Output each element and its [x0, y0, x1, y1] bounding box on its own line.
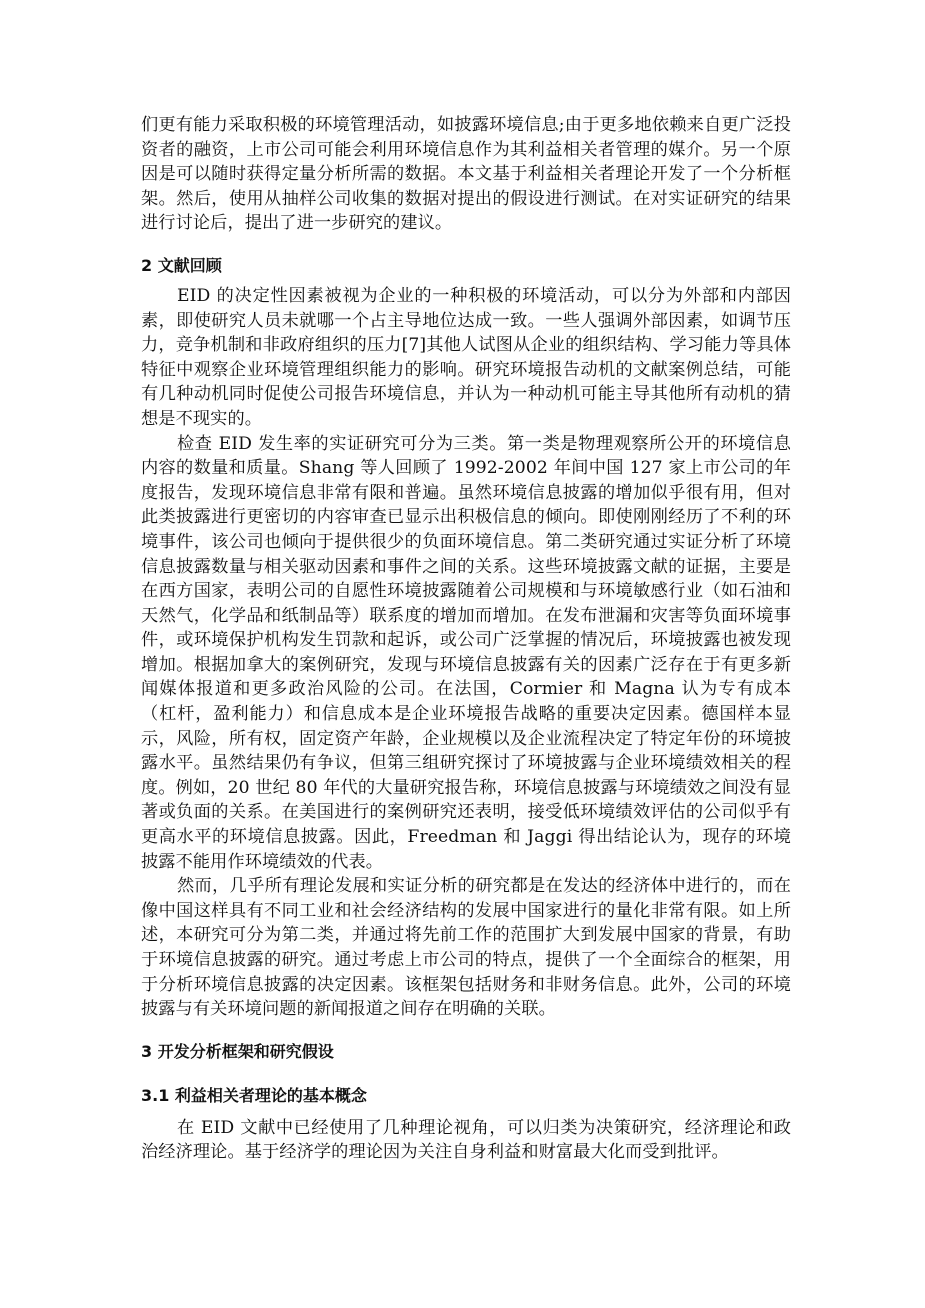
paragraph: 然而，几乎所有理论发展和实证分析的研究都是在发达的经济体中进行的，而在像中国这样… — [141, 874, 791, 1022]
paragraph: EID 的决定性因素被视为企业的一种积极的环境活动，可以分为外部和内部因素，即使… — [141, 284, 791, 432]
paragraph: 在 EID 文献中已经使用了几种理论视角，可以归类为决策研究，经济理论和政治经济… — [141, 1116, 791, 1165]
subsection-heading-stakeholder-theory: 3.1 利益相关者理论的基本概念 — [141, 1084, 791, 1108]
paragraph: 检查 EID 发生率的实证研究可分为三类。第一类是物理观察所公开的环境信息内容的… — [141, 432, 791, 875]
document-page: 们更有能力采取积极的环境管理活动，如披露环境信息;由于更多地依赖来自更广泛投资者… — [141, 113, 791, 1165]
section-heading-literature-review: 2 文献回顾 — [141, 254, 791, 278]
section-heading-framework: 3 开发分析框架和研究假设 — [141, 1040, 791, 1064]
intro-paragraph: 们更有能力采取积极的环境管理活动，如披露环境信息;由于更多地依赖来自更广泛投资者… — [141, 113, 791, 236]
